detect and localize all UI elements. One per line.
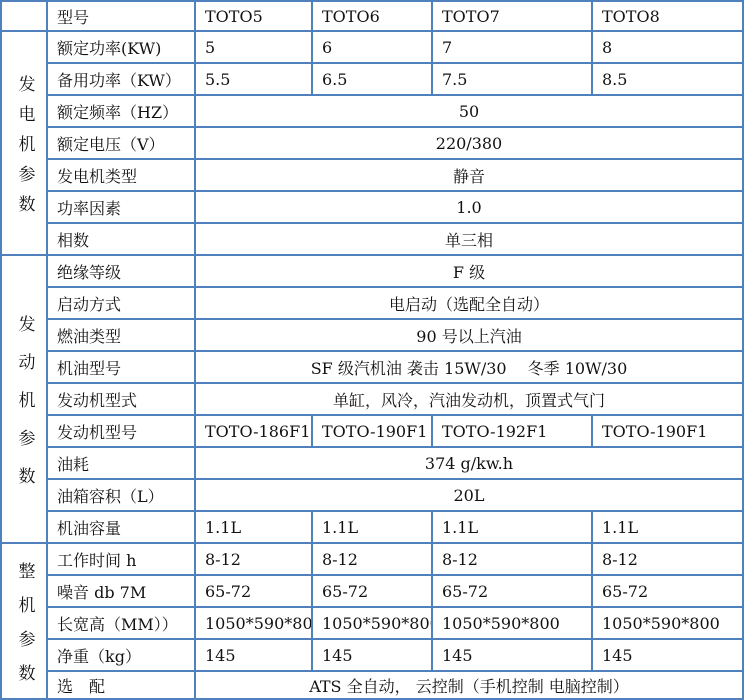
param-value-merged: 20L [196, 480, 744, 512]
param-label: 发动机型式 [48, 384, 196, 416]
param-value: 65-72 [593, 576, 744, 608]
param-label: 机油型号 [48, 352, 196, 384]
param-value: 8-12 [313, 544, 433, 576]
param-value: 6 [313, 32, 433, 64]
param-label: 备用功率（KW） [48, 64, 196, 96]
spec-table: 型号 TOTO5 TOTO6 TOTO7 TOTO8 发电机参数 额定功率(KW… [0, 0, 744, 700]
param-label-model: 型号 [48, 2, 196, 32]
param-label: 绝缘等级 [48, 256, 196, 288]
param-value-merged: 1.0 [196, 192, 744, 224]
param-label: 净重（kg） [48, 640, 196, 672]
param-value-merged: SF 级汽机油 袭击 15W/30 冬季 10W/30 [196, 352, 744, 384]
param-value-merged: ATS 全自动， 云控制（手机控制 电脑控制） [196, 672, 744, 700]
model-header: TOTO7 [433, 2, 593, 32]
param-value: 1.1L [196, 512, 313, 544]
param-value: 5.5 [196, 64, 313, 96]
param-value: TOTO-190F1 [593, 416, 744, 448]
section-label-text: 发电机参数 [16, 75, 33, 225]
model-header: TOTO6 [313, 2, 433, 32]
param-label: 机油容量 [48, 512, 196, 544]
param-label: 选 配 [48, 672, 196, 700]
param-label: 工作时间 h [48, 544, 196, 576]
corner-cell [2, 2, 48, 32]
param-value: 145 [433, 640, 593, 672]
model-header: TOTO5 [196, 2, 313, 32]
param-value: 7 [433, 32, 593, 64]
param-value: 5 [196, 32, 313, 64]
section-label-text: 发动机参数 [16, 315, 33, 505]
param-value: 8 [593, 32, 744, 64]
param-value-merged: 220/380 [196, 128, 744, 160]
param-value: 8-12 [593, 544, 744, 576]
param-value: 1.1L [313, 512, 433, 544]
param-value-merged: 静音 [196, 160, 744, 192]
section-label-generator: 发电机参数 [2, 32, 48, 256]
param-value-merged: 374 g/kw.h [196, 448, 744, 480]
section-label-whole-machine: 整机参数 [2, 544, 48, 700]
param-value-merged: 电启动（选配全自动） [196, 288, 744, 320]
param-value: 145 [593, 640, 744, 672]
model-header: TOTO8 [593, 2, 744, 32]
param-value-merged: 50 [196, 96, 744, 128]
param-value: 7.5 [433, 64, 593, 96]
param-value: 1.1L [593, 512, 744, 544]
param-value-merged: F 级 [196, 256, 744, 288]
param-value: 145 [313, 640, 433, 672]
param-label: 额定功率(KW) [48, 32, 196, 64]
section-label-engine: 发动机参数 [2, 256, 48, 544]
param-value-merged: 90 号以上汽油 [196, 320, 744, 352]
section-label-text: 整机参数 [16, 562, 33, 698]
param-value: 1050*590*800 [196, 608, 313, 640]
param-value: 65-72 [433, 576, 593, 608]
param-value: 8-12 [433, 544, 593, 576]
param-value: TOTO-190F1 [313, 416, 433, 448]
param-label: 启动方式 [48, 288, 196, 320]
param-label: 发动机型号 [48, 416, 196, 448]
param-value-merged: 单缸，风冷，汽油发动机，顶置式气门 [196, 384, 744, 416]
param-label: 油箱容积（L） [48, 480, 196, 512]
param-value: 1050*590*800 [313, 608, 433, 640]
param-value: TOTO-192F1 [433, 416, 593, 448]
param-value: 1050*590*800 [593, 608, 744, 640]
param-value: 65-72 [313, 576, 433, 608]
param-label: 发电机类型 [48, 160, 196, 192]
param-label: 油耗 [48, 448, 196, 480]
param-value: 8.5 [593, 64, 744, 96]
param-label: 噪音 db 7M [48, 576, 196, 608]
param-value-merged: 单三相 [196, 224, 744, 256]
param-value: 6.5 [313, 64, 433, 96]
param-value: 1.1L [433, 512, 593, 544]
param-label: 功率因素 [48, 192, 196, 224]
param-label: 长宽高（MM）） [48, 608, 196, 640]
param-label: 相数 [48, 224, 196, 256]
param-value: 145 [196, 640, 313, 672]
param-label: 燃油类型 [48, 320, 196, 352]
param-label: 额定电压（V） [48, 128, 196, 160]
param-label: 额定频率（HZ） [48, 96, 196, 128]
param-value: 8-12 [196, 544, 313, 576]
param-value: 65-72 [196, 576, 313, 608]
param-value: TOTO-186F1 [196, 416, 313, 448]
param-value: 1050*590*800 [433, 608, 593, 640]
